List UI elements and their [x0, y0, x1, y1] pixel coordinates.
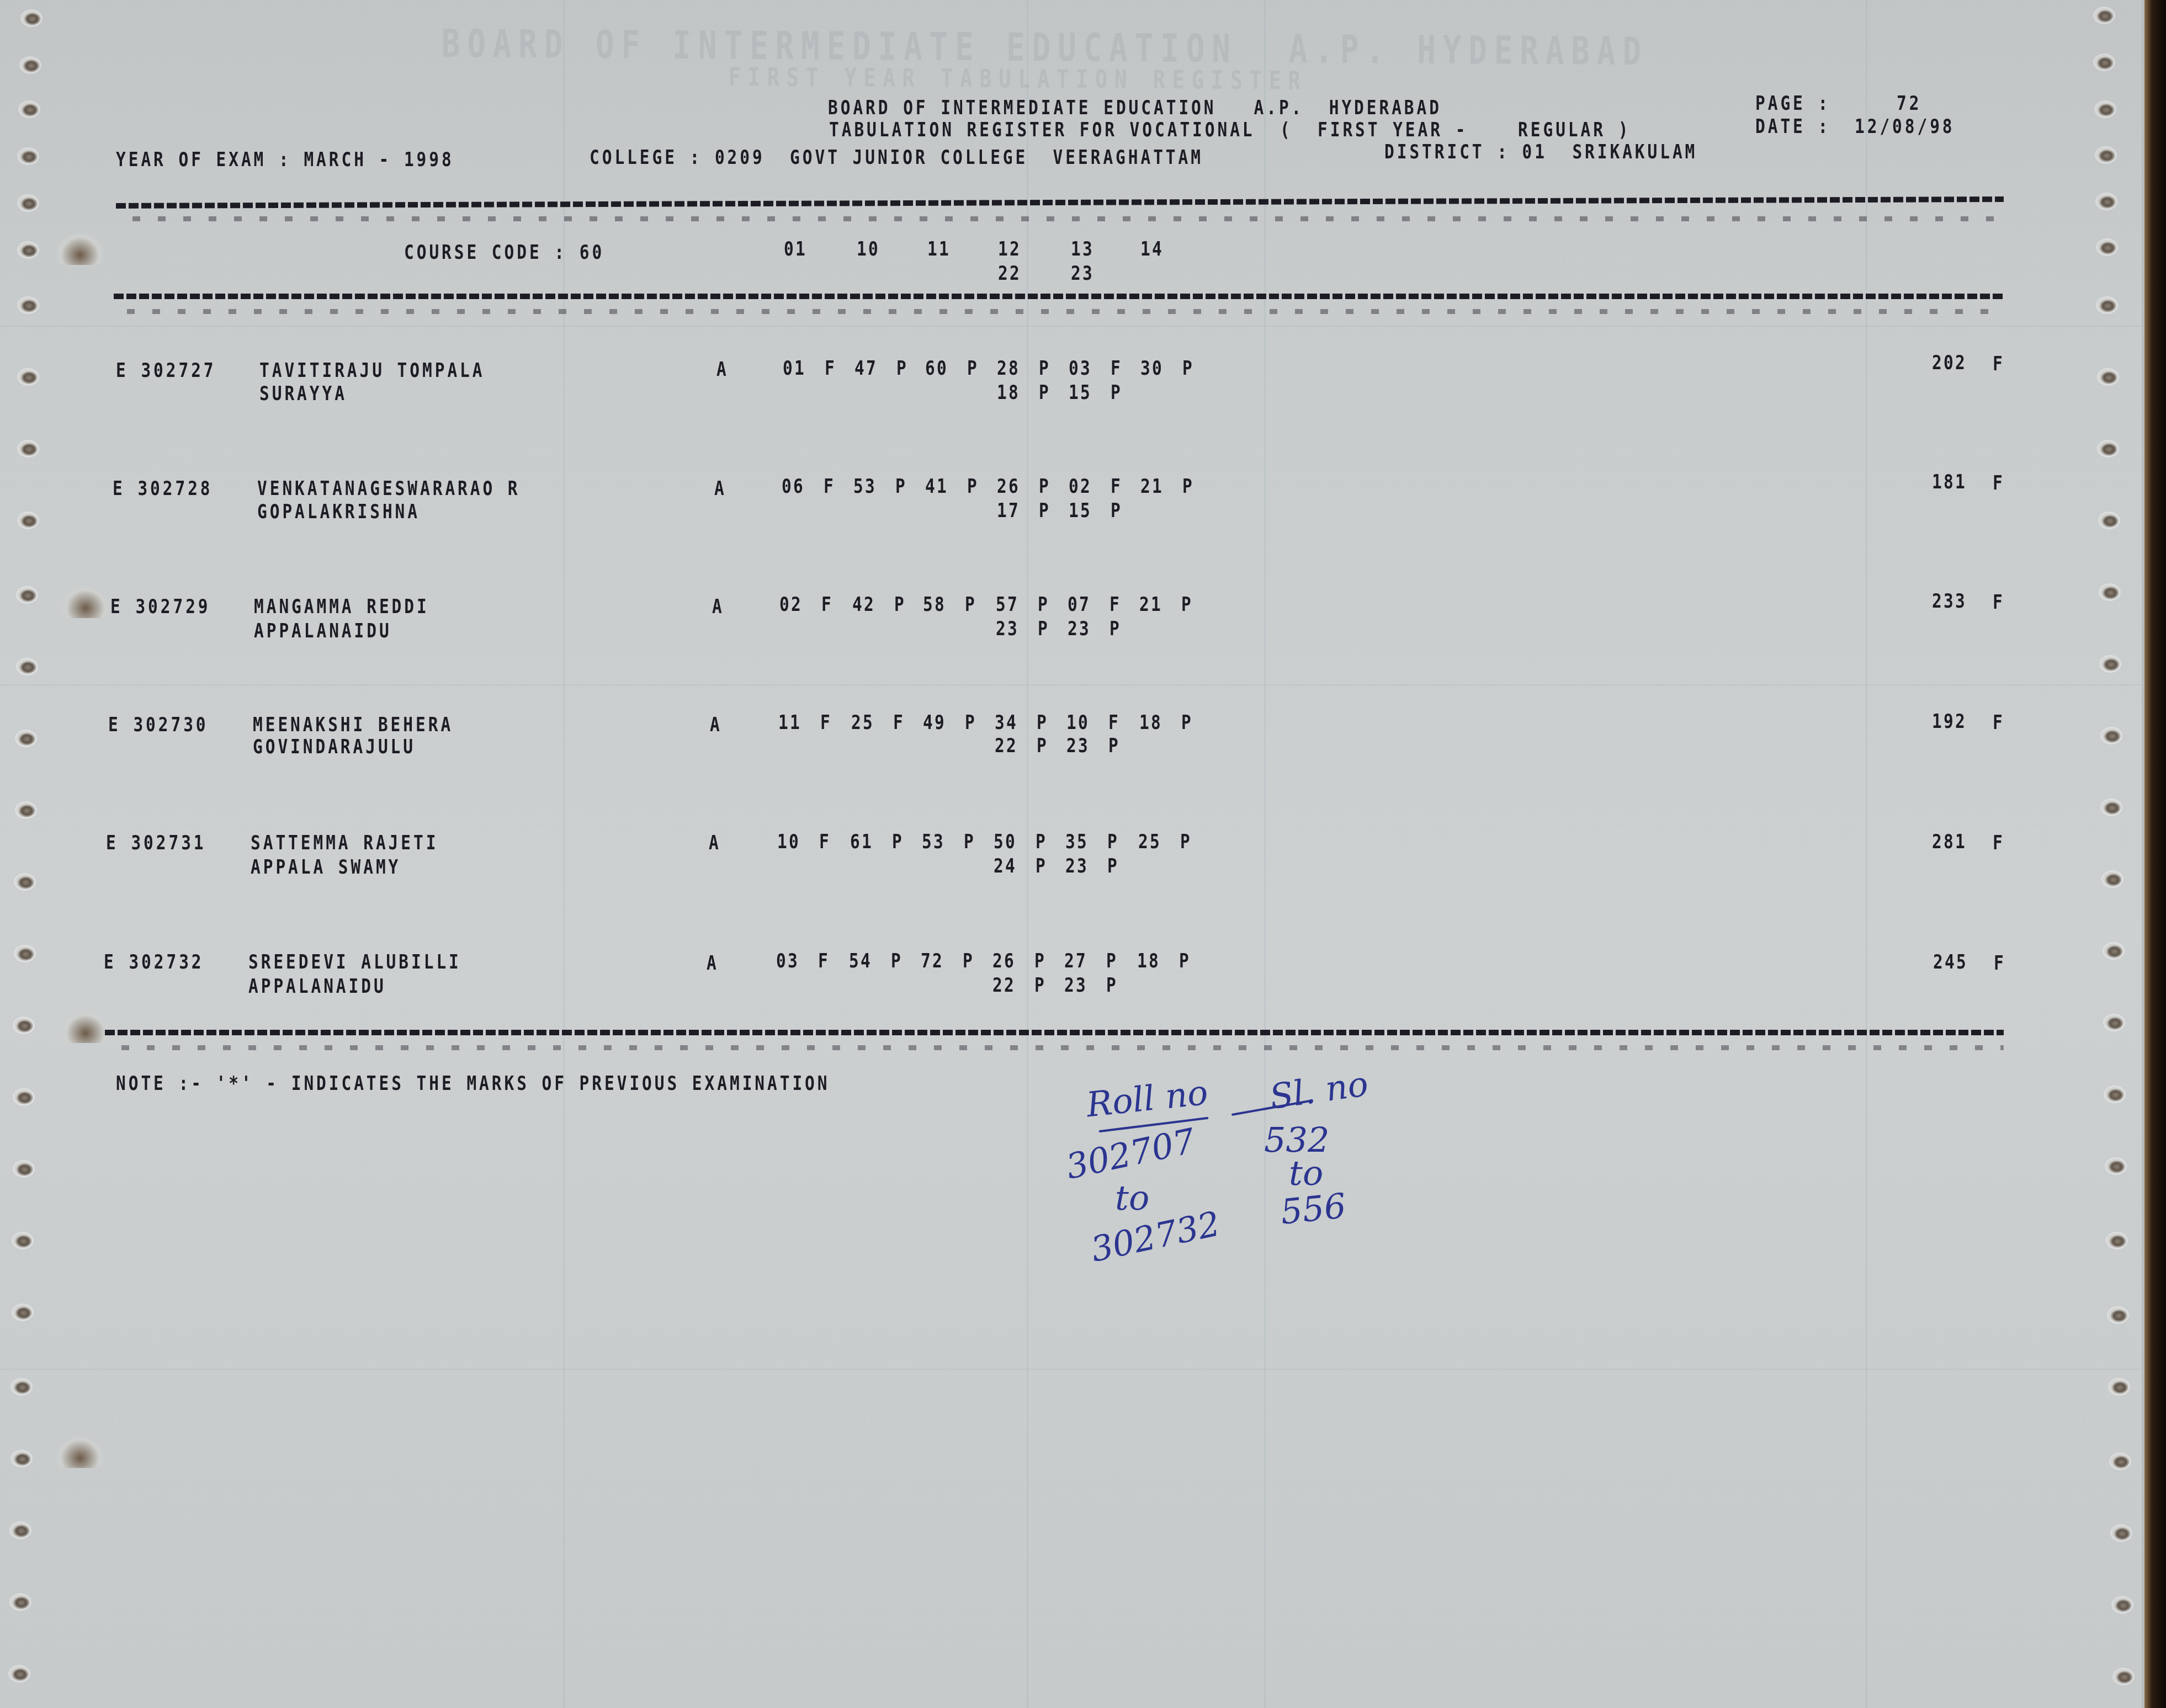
mark: 06	[782, 477, 805, 497]
student-name: MANGAMMA REDDI	[254, 597, 429, 617]
mark: 17	[997, 501, 1020, 521]
mark-status: P	[1036, 856, 1048, 876]
mark: 03	[1069, 359, 1092, 379]
subject-code-13: 13	[1071, 240, 1094, 259]
mark-status: P	[967, 477, 980, 497]
feed-hole-icon	[2100, 585, 2119, 599]
student-name: MEENAKSHI BEHERA	[253, 715, 453, 735]
result-status: F	[1994, 954, 2006, 973]
mark: 02	[779, 595, 803, 615]
mark: 61	[850, 832, 873, 852]
mark: 03	[776, 951, 799, 971]
mark: 58	[923, 595, 946, 615]
feed-hole-icon	[18, 659, 36, 674]
result-status: F	[1993, 473, 2005, 493]
mark-status: P	[1111, 383, 1123, 403]
roll-number: E 302727	[116, 361, 216, 381]
mark: 23	[1066, 736, 1090, 756]
feed-hole-icon	[13, 1233, 32, 1248]
feed-hole-icon	[19, 243, 38, 257]
handwritten-roll-heading: Roll no	[1085, 1076, 1209, 1122]
student-name: TAVITIRAJU TOMPALA	[259, 361, 485, 381]
roll-number: E 302728	[113, 479, 213, 499]
mark: 42	[852, 595, 875, 615]
subject-code-14: 14	[1140, 240, 1164, 259]
greenbar-stripe	[0, 326, 2142, 327]
mark-status: P	[1037, 736, 1049, 756]
mark: 11	[778, 713, 801, 733]
mark-status: P	[892, 832, 905, 852]
feed-hole-icon	[2099, 370, 2117, 384]
footnote: NOTE :- '*' - INDICATES THE MARKS OF PRE…	[116, 1074, 830, 1094]
mark: 23	[996, 619, 1019, 639]
feed-hole-icon	[21, 58, 40, 72]
total-marks: 181	[1932, 472, 1967, 492]
date-value: 12/08/98	[1855, 117, 1955, 137]
mark: 53	[853, 477, 877, 497]
greenbar-stripe	[0, 1369, 2142, 1370]
mark: 18	[1137, 951, 1160, 971]
feed-hole-icon	[2107, 1233, 2126, 1248]
board-title: BOARD OF INTERMEDIATE EDUCATION A.P. HYD…	[828, 98, 1442, 118]
mark: 21	[1139, 595, 1162, 615]
feed-hole-icon	[19, 370, 38, 384]
mark-status: F	[824, 477, 836, 497]
separator-line	[105, 1030, 2004, 1035]
mark: 22	[992, 976, 1016, 996]
rule-line	[1866, 0, 1867, 1708]
mark-status: P	[1111, 501, 1123, 521]
separator-shadow	[121, 1045, 2004, 1050]
mark-status: P	[1106, 951, 1119, 971]
result-status: F	[1993, 593, 2005, 613]
student-name-line2: APPALANAIDU	[248, 977, 386, 997]
district-info: DISTRICT : 01 SRIKAKULAM	[1384, 142, 1697, 162]
medium: A	[710, 715, 723, 735]
student-name-line2: APPALANAIDU	[254, 621, 392, 641]
mark-status: F	[893, 713, 906, 733]
feed-hole-icon	[2109, 1308, 2127, 1322]
separator-line	[114, 294, 2004, 299]
roll-number: E 302731	[106, 833, 206, 853]
feed-hole-icon	[2098, 298, 2116, 312]
mark: 47	[854, 359, 878, 379]
mark-status: P	[967, 359, 980, 379]
feed-hole-icon	[2114, 1669, 2133, 1684]
feed-hole-icon	[2096, 102, 2115, 116]
feed-hole-icon	[14, 1090, 33, 1104]
mark: 10	[1066, 713, 1090, 733]
mark: 21	[1140, 477, 1164, 497]
student-name: SATTEMMA RAJETI	[251, 833, 438, 853]
mark: 57	[996, 595, 1019, 615]
student-name: VENKATANAGESWARARAO R	[257, 479, 521, 499]
feed-hole-icon	[15, 875, 34, 889]
mark-status: P	[1179, 951, 1192, 971]
feed-hole-icon	[14, 1162, 33, 1176]
mark: 23	[1068, 619, 1091, 639]
handwritten-roll-to-word: to	[1115, 1181, 1149, 1215]
mark-status: P	[963, 951, 975, 971]
feed-hole-icon	[19, 441, 38, 456]
separator-shadow	[127, 309, 2004, 314]
feed-hole-icon	[14, 1018, 33, 1033]
feed-hole-icon	[2095, 8, 2114, 23]
feed-hole-icon	[2096, 148, 2115, 162]
feed-hole-icon	[17, 731, 35, 746]
mark-status: P	[895, 477, 908, 497]
mark-status: P	[1039, 359, 1052, 379]
feed-hole-icon	[2095, 55, 2114, 70]
handwritten-sl-heading: Sl. no	[1268, 1067, 1371, 1114]
handwritten-sl-from: 532	[1264, 1123, 1329, 1157]
ghost-header-line2: FIRST YEAR TABULATION REGISTER	[729, 62, 1308, 95]
feed-hole-icon	[11, 1523, 30, 1537]
feed-hole-icon	[18, 588, 36, 602]
result-status: F	[1993, 713, 2005, 733]
feed-hole-icon	[2105, 1015, 2123, 1030]
mark: 53	[922, 832, 945, 852]
medium: A	[714, 479, 727, 499]
mark: 07	[1068, 595, 1091, 615]
mark: 24	[994, 856, 1017, 876]
page-label: PAGE :	[1755, 94, 1830, 114]
feed-hole-icon	[13, 1305, 32, 1319]
mark-status: P	[1039, 477, 1052, 497]
mark: 35	[1065, 832, 1089, 852]
mark-status: P	[1039, 383, 1052, 403]
feed-hole-icon	[19, 149, 38, 163]
mark-status: P	[964, 832, 976, 852]
mark-status: P	[896, 359, 909, 379]
mark: 50	[994, 832, 1017, 852]
mark-status: P	[1109, 619, 1122, 639]
feed-hole-icon	[12, 1380, 31, 1394]
feed-hole-icon	[2104, 944, 2123, 958]
handwritten-sl-to-word: to	[1289, 1156, 1323, 1190]
page-edge	[2144, 0, 2166, 1708]
student-name-line2: SURAYYA	[259, 384, 347, 404]
mark-status: F	[819, 832, 832, 852]
binding-tear-icon	[61, 1010, 110, 1043]
handwritten-roll-to: 302732	[1088, 1206, 1223, 1267]
mark-status: P	[1107, 856, 1120, 876]
mark-status: P	[1182, 477, 1195, 497]
student-name: SREEDEVI ALUBILLI	[248, 953, 461, 972]
mark-status: P	[1182, 359, 1195, 379]
feed-hole-icon	[2097, 194, 2116, 209]
subject-code-11: 11	[927, 240, 951, 259]
mark-status: P	[1039, 501, 1052, 521]
mark: 72	[921, 951, 944, 971]
feed-hole-icon	[19, 298, 38, 312]
mark: 25	[1138, 832, 1161, 852]
mark-status: P	[1036, 832, 1048, 852]
mark: 60	[925, 359, 948, 379]
page-number: 72	[1897, 94, 1921, 114]
mark-status: P	[1037, 713, 1049, 733]
mark-status: F	[825, 359, 837, 379]
register-title: TABULATION REGISTER FOR VOCATIONAL ( FIR…	[829, 120, 1631, 140]
total-marks: 281	[1932, 832, 1967, 852]
mark-status: P	[894, 595, 907, 615]
mark: 41	[925, 477, 948, 497]
mark: 23	[1064, 976, 1087, 996]
rule-line	[1264, 0, 1266, 1708]
binding-tear-icon	[55, 1435, 105, 1468]
subject-code-12: 12	[998, 240, 1021, 259]
result-status: F	[1993, 833, 2005, 853]
binding-tear-icon	[55, 232, 105, 265]
mark-status: F	[1111, 477, 1123, 497]
mark-status: F	[820, 713, 833, 733]
feed-hole-icon	[12, 1451, 31, 1466]
feed-hole-icon	[2111, 1454, 2130, 1468]
mark-status: F	[821, 595, 834, 615]
mark: 26	[992, 951, 1016, 971]
feed-hole-icon	[2103, 872, 2122, 886]
date-label: DATE :	[1755, 117, 1830, 137]
student-name-line2: GOPALAKRISHNA	[257, 502, 420, 522]
feed-hole-icon	[2100, 513, 2119, 528]
mark-status: P	[1038, 595, 1050, 615]
feed-hole-icon	[2113, 1598, 2132, 1612]
mark-status: P	[1034, 976, 1047, 996]
mark: 26	[997, 477, 1020, 497]
feed-hole-icon	[2101, 657, 2120, 671]
feed-hole-icon	[2102, 728, 2121, 743]
greenbar-stripe	[0, 684, 2142, 685]
mark: 18	[997, 383, 1020, 403]
feed-hole-icon	[2106, 1159, 2125, 1173]
feed-hole-icon	[11, 1595, 30, 1609]
feed-hole-icon	[2112, 1526, 2131, 1540]
total-marks: 202	[1932, 353, 1967, 373]
mark: 25	[851, 713, 874, 733]
mark-status: P	[1108, 736, 1121, 756]
roll-number: E 302729	[110, 597, 211, 617]
mark-status: F	[818, 951, 831, 971]
subject-code-23: 23	[1071, 264, 1094, 284]
medium: A	[716, 360, 729, 380]
student-name-line2: APPALA SWAMY	[251, 858, 401, 877]
mark: 54	[849, 951, 872, 971]
mark-status: F	[1111, 359, 1123, 379]
mark: 27	[1064, 951, 1087, 971]
rule-line	[1027, 0, 1028, 1708]
feed-hole-icon	[20, 102, 39, 116]
subject-code-10: 10	[857, 240, 880, 259]
mark: 18	[1139, 713, 1162, 733]
feed-hole-icon	[2102, 800, 2121, 815]
year-of-exam: YEAR OF EXAM : MARCH - 1998	[116, 150, 454, 170]
mark-status: F	[1108, 713, 1121, 733]
mark-status: P	[1038, 619, 1050, 639]
mark-status: F	[1109, 595, 1122, 615]
total-marks: 245	[1933, 953, 1968, 972]
feed-hole-icon	[2110, 1380, 2128, 1394]
mark-status: P	[965, 713, 978, 733]
mark-status: P	[1107, 832, 1120, 852]
roll-number: E 302732	[104, 953, 204, 972]
student-name-line2: GOVINDARAJULU	[253, 737, 416, 757]
mark: 01	[783, 359, 806, 379]
mark: 02	[1069, 477, 1092, 497]
mark: 15	[1069, 383, 1092, 403]
handwritten-roll-from: 302707	[1063, 1124, 1198, 1184]
mark-status: P	[1180, 832, 1193, 852]
mark: 34	[995, 713, 1018, 733]
subject-code-01: 01	[784, 240, 807, 259]
mark-status: P	[1181, 595, 1194, 615]
feed-hole-icon	[17, 803, 35, 817]
feed-hole-icon	[2098, 240, 2116, 254]
feed-hole-icon	[22, 11, 41, 25]
mark-status: P	[891, 951, 904, 971]
mark-status: P	[1034, 951, 1047, 971]
separator-line	[116, 196, 2004, 209]
binding-tear-icon	[61, 585, 110, 618]
mark: 49	[923, 713, 946, 733]
mark: 10	[777, 832, 800, 852]
medium: A	[709, 833, 721, 853]
feed-hole-icon	[2099, 441, 2117, 456]
college-info: COLLEGE : 0209 GOVT JUNIOR COLLEGE VEERA…	[590, 148, 1203, 168]
feed-hole-icon	[19, 196, 38, 210]
roll-number: E 302730	[108, 715, 209, 735]
mark: 28	[997, 359, 1020, 379]
mark-status: P	[1106, 976, 1119, 996]
course-code: COURSE CODE : 60	[404, 243, 604, 263]
feed-hole-icon	[15, 946, 34, 961]
medium: A	[707, 954, 719, 973]
mark: 23	[1065, 856, 1089, 876]
mark: 30	[1140, 359, 1164, 379]
total-marks: 192	[1932, 712, 1967, 732]
feed-hole-icon	[19, 513, 38, 528]
result-status: F	[1993, 354, 2005, 374]
mark-status: P	[965, 595, 978, 615]
feed-hole-icon	[10, 1667, 29, 1681]
medium: A	[712, 597, 725, 617]
mark: 15	[1069, 501, 1092, 521]
total-marks: 233	[1932, 592, 1967, 611]
feed-hole-icon	[2105, 1087, 2124, 1102]
mark-status: P	[1181, 713, 1194, 733]
subject-code-22: 22	[998, 264, 1021, 284]
printout-sheet: BOARD OF INTERMEDIATE EDUCATION A.P. HYD…	[0, 0, 2142, 1708]
handwritten-sl-to: 556	[1279, 1189, 1347, 1230]
separator-shadow	[132, 216, 2004, 221]
mark: 22	[995, 736, 1018, 756]
